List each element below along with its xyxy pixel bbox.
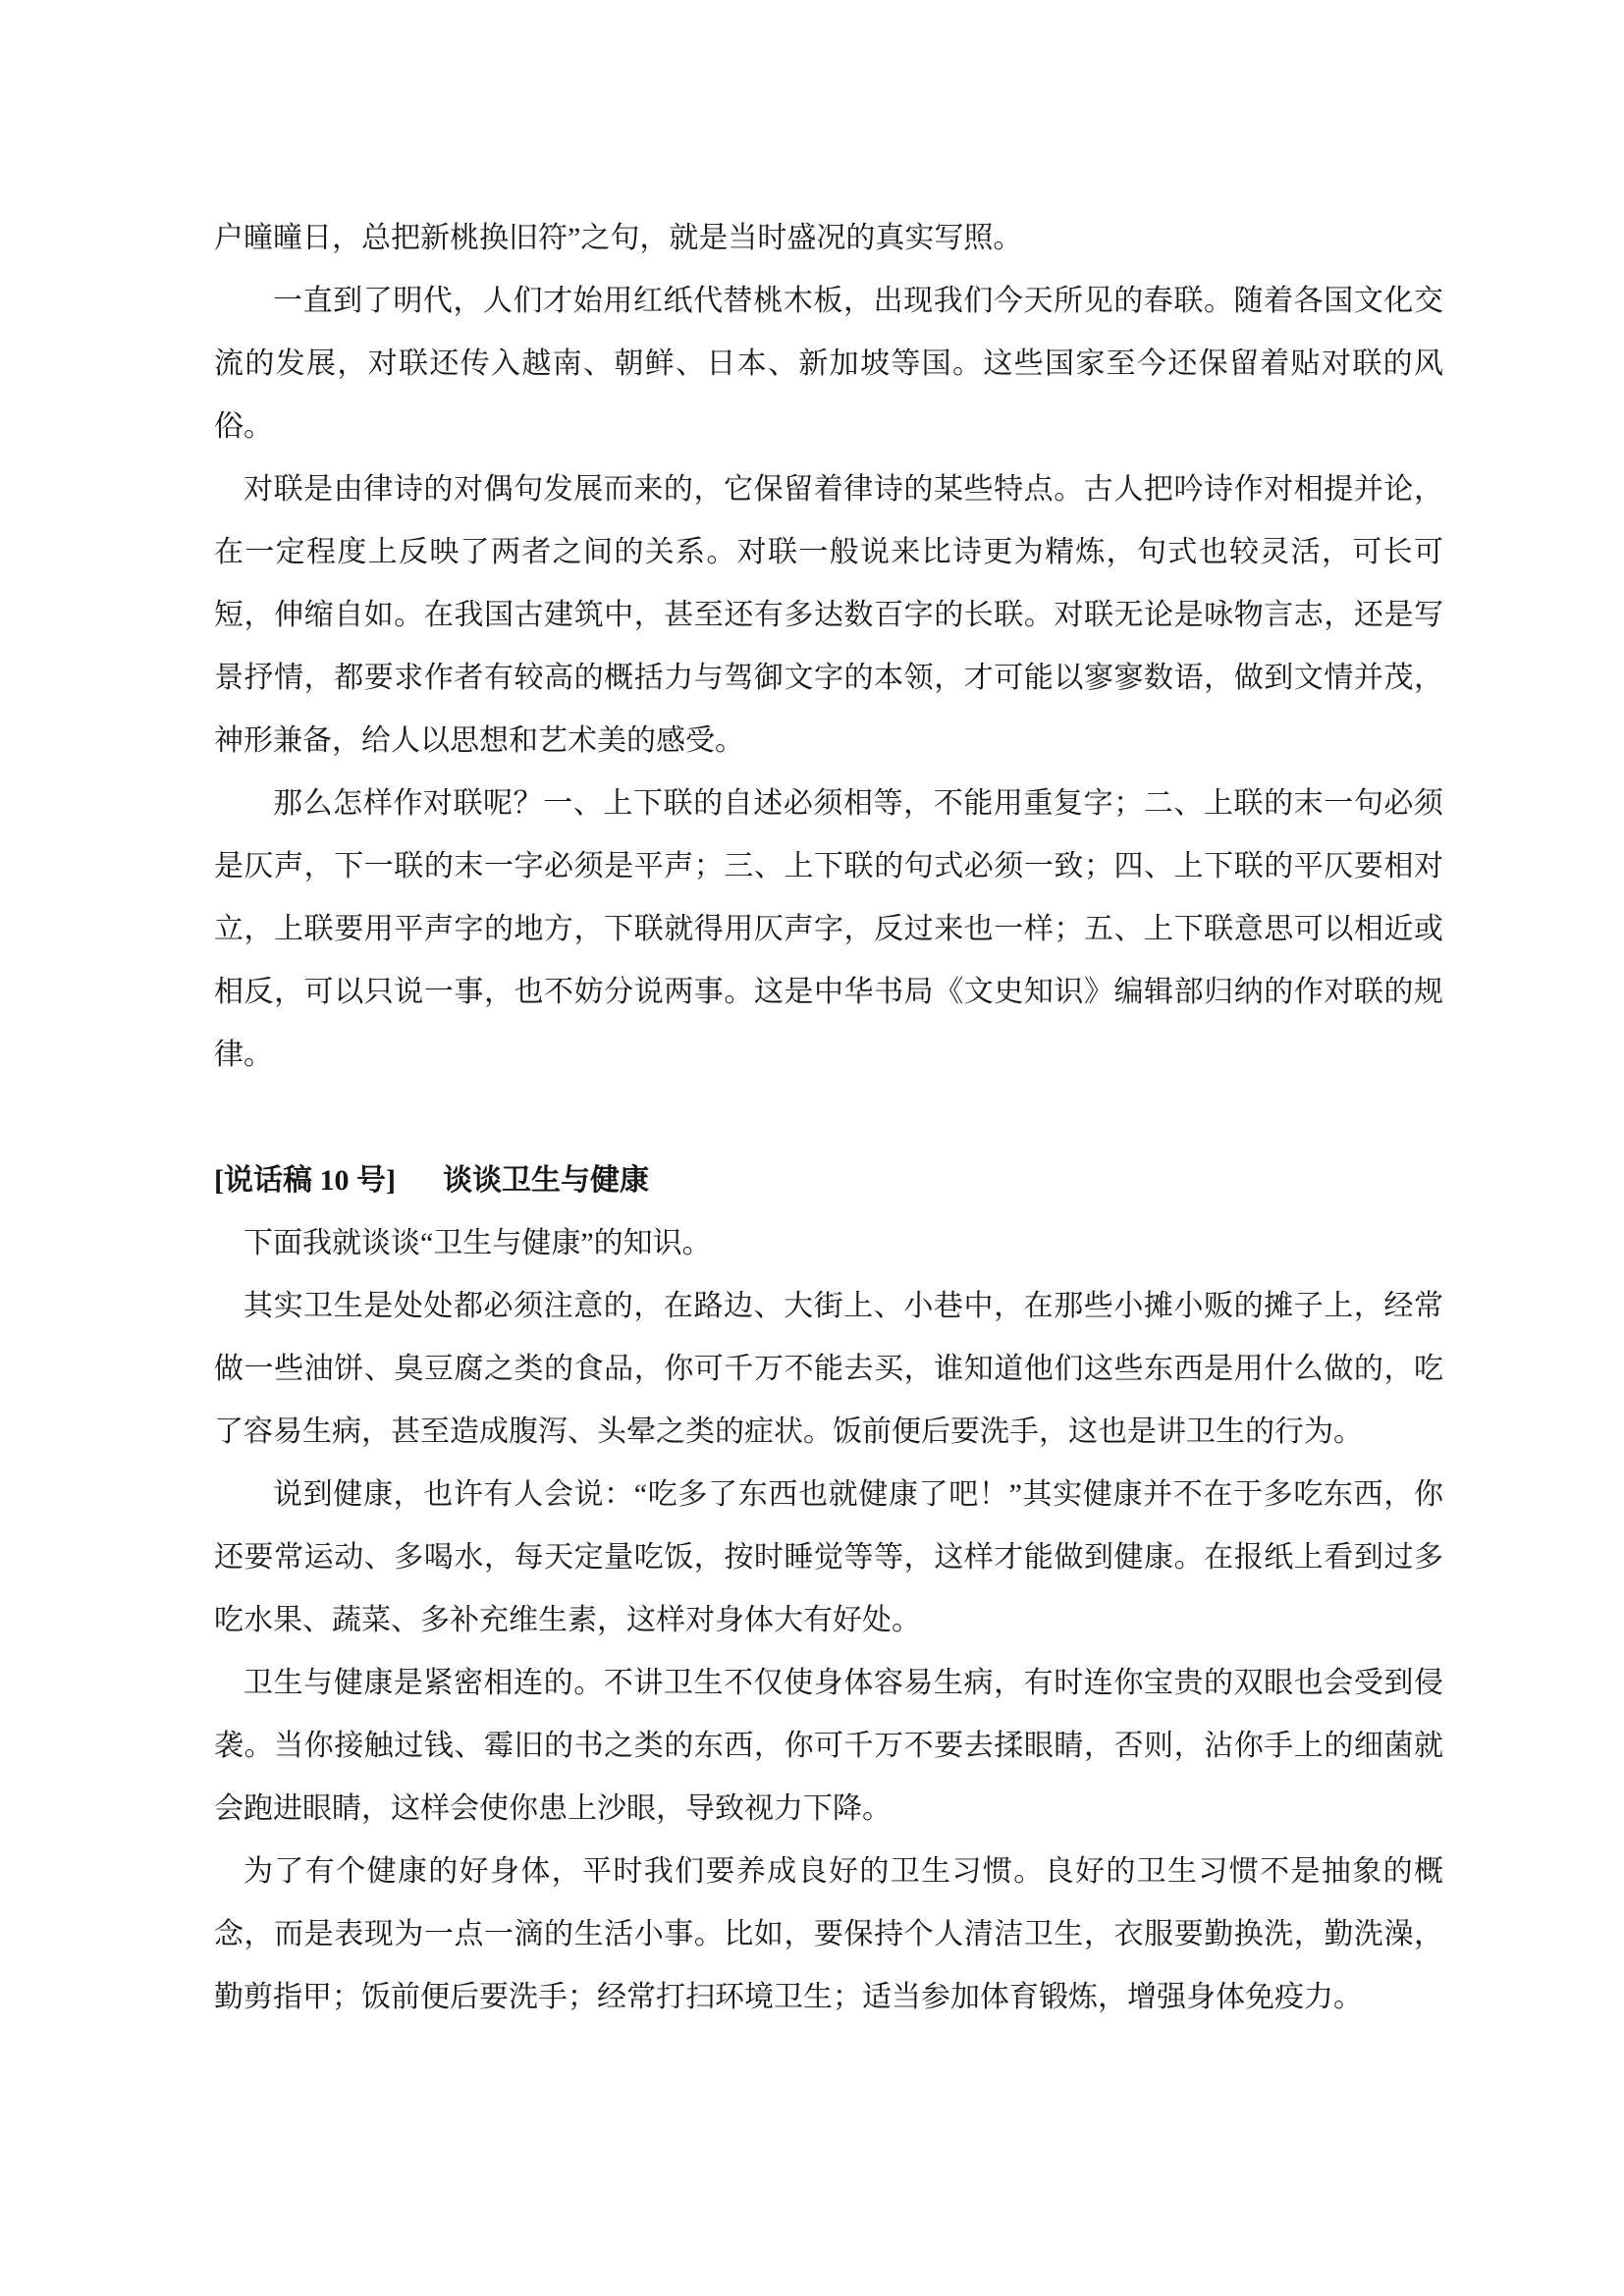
paragraph-health-hygiene: 其实卫生是处处都必须注意的，在路边、大街上、小巷中，在那些小摊小贩的摊子上，经常… <box>214 1275 1443 1464</box>
paragraph-health-intro: 下面我就谈谈“卫生与健康”的知识。 <box>214 1212 1443 1275</box>
paragraph-health-habits: 为了有个健康的好身体，平时我们要养成良好的卫生习惯。良好的卫生习惯不是抽象的概念… <box>214 1841 1443 2029</box>
document-page: 户曈曈日，总把新桃换旧符”之句，就是当时盛况的真实写照。 一直到了明代，人们才始… <box>0 0 1624 2296</box>
paragraph-health-connection: 卫生与健康是紧密相连的。不讲卫生不仅使身体容易生病，有时连你宝贵的双眼也会受到侵… <box>214 1652 1443 1841</box>
paragraph-duilian-continuation: 户曈曈日，总把新桃换旧符”之句，就是当时盛况的真实写照。 <box>214 207 1443 270</box>
paragraph-duilian-rules: 那么怎样作对联呢？一、上下联的自述必须相等，不能用重复字；二、上联的末一句必须是… <box>214 773 1443 1087</box>
paragraph-duilian-features: 对联是由律诗的对偶句发展而来的，它保留着律诗的某些特点。古人把吟诗作对相提并论，… <box>214 458 1443 773</box>
section-heading: [说话稿 10 号]谈谈卫生与健康 <box>214 1149 1443 1212</box>
section-heading-title: 谈谈卫生与健康 <box>443 1164 649 1197</box>
section-heading-label: [说话稿 10 号] <box>214 1164 396 1197</box>
paragraph-health-eating: 说到健康，也许有人会说：“吃多了东西也就健康了吧！”其实健康并不在于多吃东西，你… <box>214 1464 1443 1652</box>
paragraph-duilian-history: 一直到了明代，人们才始用红纸代替桃木板，出现我们今天所见的春联。随着各国文化交流… <box>214 270 1443 458</box>
